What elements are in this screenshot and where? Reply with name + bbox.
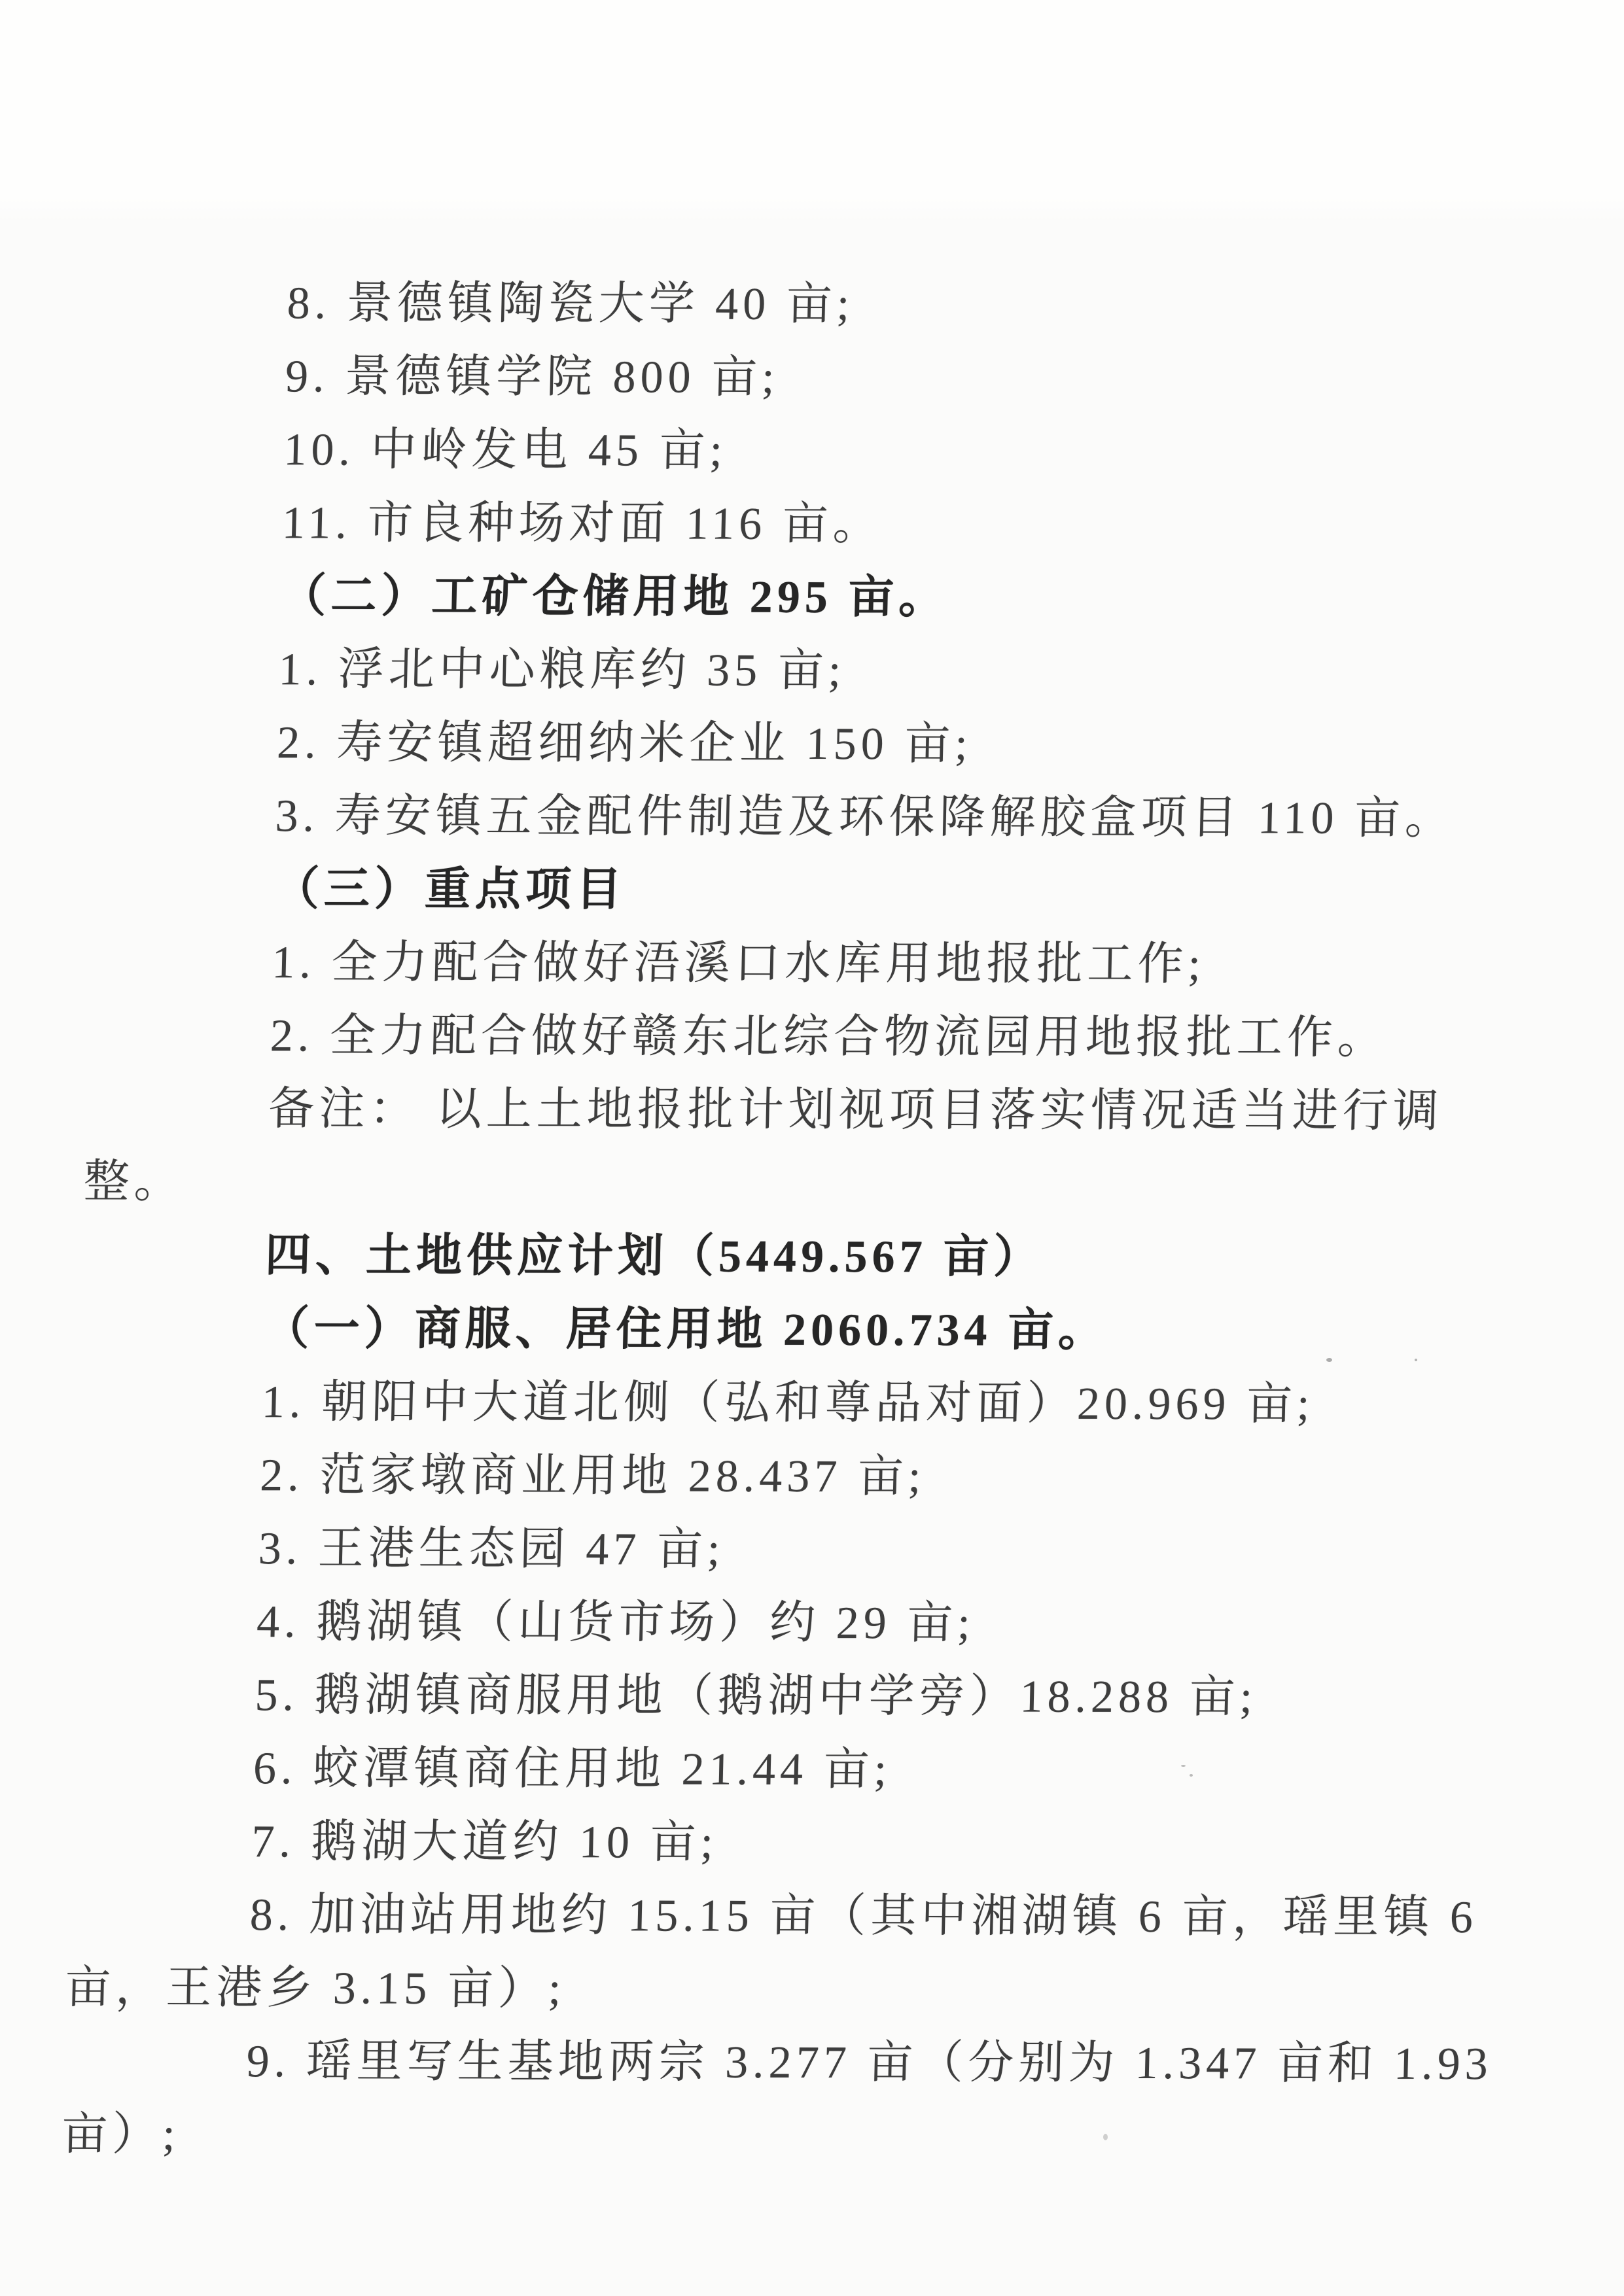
list-item-line: 6. 蛟潭镇商住用地 21.44 亩; [0,1731,1590,1808]
continuation-line: 整。 [0,1145,1604,1222]
list-item-line: 11. 市良种场对面 116 亩。 [0,486,1619,563]
scan-speck [1326,1358,1332,1362]
list-item-line: 8. 景德镇陶瓷大学 40 亩; [0,266,1624,343]
list-item-line: 2. 全力配合做好赣东北综合物流园用地报批工作。 [0,999,1607,1075]
list-item-line: 1. 全力配合做好浯溪口水库用地报批工作; [0,926,1609,1002]
list-item-line: 2. 范家墩商业用地 28.437 亩; [0,1438,1597,1515]
document-text-block: 8. 景德镇陶瓷大学 40 亩;9. 景德镇学院 800 亩;10. 中岭发电 … [0,266,1624,2174]
list-item-line: 2. 寿安镇超细纳米企业 150 亩; [0,706,1614,782]
list-item-line: 10. 中岭发电 45 亩; [0,413,1621,489]
continuation-line: 亩，王港乡 3.15 亩）; [0,1951,1585,2028]
section-heading-line: （一）商服、居住用地 2060.734 亩。 [0,1292,1600,1368]
note-line: 备注： 以上土地报批计划视项目落实情况适当进行调 [0,1072,1606,1149]
scan-speck [1190,1774,1193,1777]
scan-speck [1415,1359,1417,1361]
scan-speck [1103,2134,1108,2140]
list-item-line: 8. 加油站用地约 15.15 亩（其中湘湖镇 6 亩，瑶里镇 6 [0,1878,1587,1955]
section-heading-line: （三）重点项目 [0,852,1610,929]
scanned-document-page: 8. 景德镇陶瓷大学 40 亩;9. 景德镇学院 800 亩;10. 中岭发电 … [0,0,1624,2296]
list-item-line: 9. 瑶里写生基地两宗 3.277 亩（分别为 1.347 亩和 1.93 [0,2025,1583,2101]
list-item-line: 4. 鹅湖镇（山货市场）约 29 亩; [0,1585,1594,1661]
section-heading-line: 四、土地供应计划（5449.567 亩） [0,1219,1602,1295]
section-heading-line: （二）工矿仓储用地 295 亩。 [0,559,1617,636]
list-item-line: 1. 朝阳中大道北侧（弘和尊品对面）20.969 亩; [0,1365,1598,1442]
list-item-line: 5. 鹅湖镇商服用地（鹅湖中学旁）18.288 亩; [0,1658,1592,1735]
list-item-line: 3. 寿安镇五金配件制造及环保降解胶盒项目 110 亩。 [0,779,1612,856]
list-item-line: 1. 浮北中心粮库约 35 亩; [0,633,1615,709]
scan-speck [1181,1765,1186,1767]
list-item-line: 3. 王港生态园 47 亩; [0,1512,1595,1588]
list-item-line: 7. 鹅湖大道约 10 亩; [0,1805,1589,1881]
continuation-line: 亩）; [0,2098,1581,2174]
list-item-line: 9. 景德镇学院 800 亩; [0,339,1622,416]
